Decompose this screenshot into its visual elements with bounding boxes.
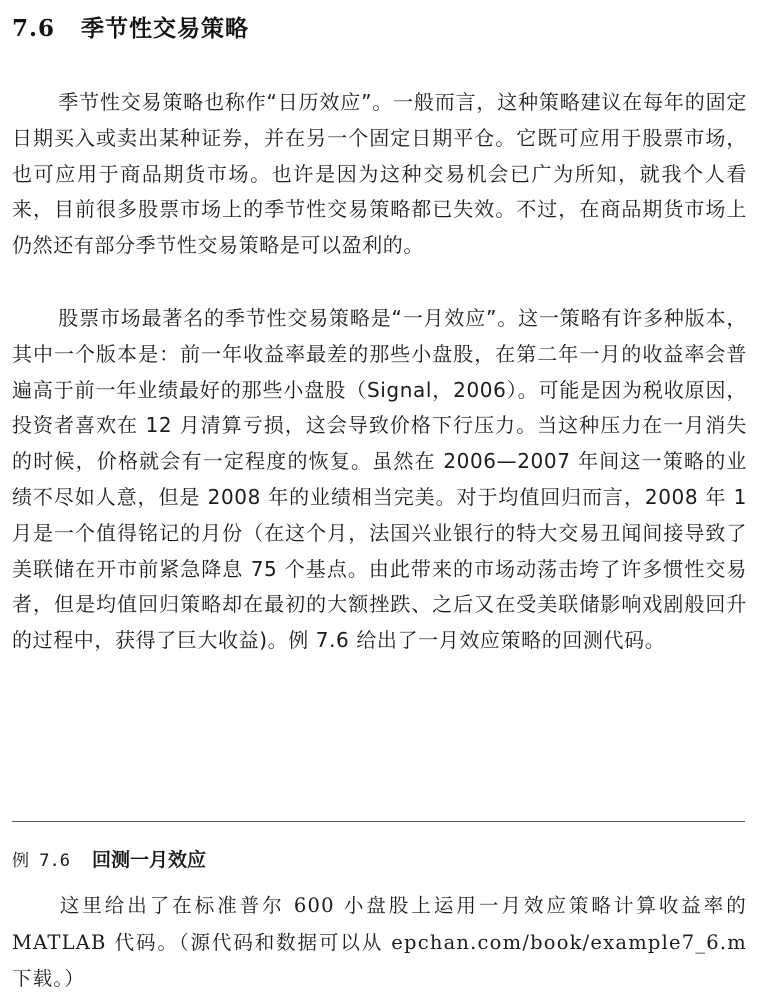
section-divider bbox=[12, 821, 745, 822]
section-title: 季节性交易策略 bbox=[81, 15, 249, 42]
section-number: 7.6 bbox=[12, 15, 55, 42]
paragraph-january-effect: 股票市场最著名的季节性交易策略是“一月效应”。这一策略有许多种版本，其中一个版本… bbox=[12, 301, 747, 659]
example-heading: 例 7.6回测一月效应 bbox=[12, 845, 206, 872]
example-title: 回测一月效应 bbox=[92, 849, 206, 871]
example-description: 这里给出了在标准普尔 600 小盘股上运用一月效应策略计算收益率的 MATLAB… bbox=[12, 888, 747, 998]
paragraph-seasonal-intro: 季节性交易策略也称作“日历效应”。一般而言，这种策略建议在每年的固定日期买入或卖… bbox=[12, 85, 747, 264]
example-body-text: 这里给出了在标准普尔 600 小盘股上运用一月效应策略计算收益率的 MATLAB… bbox=[12, 894, 747, 990]
paragraph-text: 季节性交易策略也称作“日历效应”。一般而言，这种策略建议在每年的固定日期买入或卖… bbox=[12, 90, 747, 257]
paragraph-text: 股票市场最著名的季节性交易策略是“一月效应”。这一策略有许多种版本，其中一个版本… bbox=[12, 306, 747, 652]
example-number: 例 7.6 bbox=[12, 851, 70, 871]
section-heading: 7.6季节性交易策略 bbox=[12, 10, 249, 43]
